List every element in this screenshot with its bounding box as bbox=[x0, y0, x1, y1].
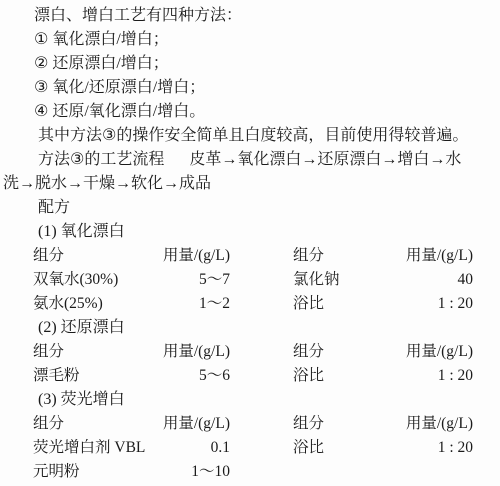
component-cell: 氨水(25%) bbox=[33, 292, 140, 316]
column-spacer bbox=[230, 436, 293, 460]
component-cell: 浴比 bbox=[293, 436, 388, 460]
amount-cell: 1 : 20 bbox=[388, 436, 473, 460]
column-spacer bbox=[230, 244, 293, 268]
component-cell: 浴比 bbox=[293, 292, 388, 316]
amount-cell: 1～2 bbox=[140, 292, 230, 316]
table-row: 漂毛粉 5～6 浴比 1 : 20 bbox=[33, 364, 500, 388]
column-spacer bbox=[230, 412, 293, 436]
method-item-4: ④ 还原/氧化漂白/增白。 bbox=[34, 100, 500, 124]
column-spacer bbox=[230, 364, 293, 388]
column-header-amount: 用量/(g/L) bbox=[140, 244, 230, 268]
note-paragraph: 其中方法③的操作安全简单且白度较高，目前使用得较普遍。 bbox=[38, 124, 500, 148]
column-spacer bbox=[230, 340, 293, 364]
column-header-amount: 用量/(g/L) bbox=[140, 412, 230, 436]
component-cell: 氯化钠 bbox=[293, 268, 388, 292]
amount-cell: 1 : 20 bbox=[388, 364, 473, 388]
amount-cell: 0.1 bbox=[140, 436, 230, 460]
column-header-amount: 用量/(g/L) bbox=[388, 340, 473, 364]
amount-cell: 1 : 20 bbox=[388, 292, 473, 316]
amount-cell: 40 bbox=[388, 268, 473, 292]
column-spacer bbox=[230, 268, 293, 292]
method-item-2: ② 还原漂白/增白； bbox=[34, 52, 500, 76]
table-row: 氨水(25%) 1～2 浴比 1 : 20 bbox=[33, 292, 500, 316]
column-header-amount: 用量/(g/L) bbox=[140, 340, 230, 364]
column-header-component: 组分 bbox=[33, 244, 140, 268]
column-header-amount: 用量/(g/L) bbox=[388, 412, 473, 436]
recipe-title: 配方 bbox=[38, 196, 500, 220]
column-header-amount: 用量/(g/L) bbox=[388, 244, 473, 268]
scanned-page: 漂白、增白工艺有四种方法： ① 氧化漂白/增白； ② 还原漂白/增白； ③ 氧化… bbox=[0, 0, 500, 484]
method-item-3: ③ 氧化/还原漂白/增白； bbox=[34, 76, 500, 100]
amount-cell: 1～10 bbox=[140, 460, 230, 484]
amount-cell: 5～7 bbox=[140, 268, 230, 292]
component-cell: 元明粉 bbox=[33, 460, 140, 484]
section-title-fluorescent-whitening: (3) 荧光增白 bbox=[38, 388, 500, 412]
table-row: 元明粉 1～10 bbox=[33, 460, 500, 484]
table-header-row: 组分 用量/(g/L) 组分 用量/(g/L) bbox=[33, 340, 500, 364]
table-row: 荧光增白剂 VBL 0.1 浴比 1 : 20 bbox=[33, 436, 500, 460]
process-flow-chain: 皮革→氧化漂白→还原漂白→增白→水 bbox=[189, 151, 461, 168]
column-spacer bbox=[230, 292, 293, 316]
column-header-component: 组分 bbox=[293, 412, 388, 436]
column-header-component: 组分 bbox=[293, 244, 388, 268]
column-header-component: 组分 bbox=[293, 340, 388, 364]
process-flow-label: 方法③的工艺流程 bbox=[38, 151, 164, 168]
component-cell: 荧光增白剂 VBL bbox=[33, 436, 140, 460]
method-item-1: ① 氧化漂白/增白； bbox=[34, 28, 500, 52]
intro-paragraph: 漂白、增白工艺有四种方法： bbox=[34, 4, 500, 28]
amount-cell bbox=[388, 460, 473, 484]
section-title-reduction-bleach: (2) 还原漂白 bbox=[38, 316, 500, 340]
table-header-row: 组分 用量/(g/L) 组分 用量/(g/L) bbox=[33, 412, 500, 436]
table-header-row: 组分 用量/(g/L) 组分 用量/(g/L) bbox=[33, 244, 500, 268]
column-header-component: 组分 bbox=[33, 412, 140, 436]
process-flow-line-2: 洗→脱水→干燥→软化→成品 bbox=[3, 172, 500, 196]
section-title-oxidation-bleach: (1) 氧化漂白 bbox=[38, 220, 500, 244]
component-cell bbox=[293, 460, 388, 484]
component-cell: 浴比 bbox=[293, 364, 388, 388]
component-cell: 双氧水(30%) bbox=[33, 268, 140, 292]
process-flow-line-1: 方法③的工艺流程皮革→氧化漂白→还原漂白→增白→水 bbox=[38, 148, 500, 172]
table-row: 双氧水(30%) 5～7 氯化钠 40 bbox=[33, 268, 500, 292]
amount-cell: 5～6 bbox=[140, 364, 230, 388]
component-cell: 漂毛粉 bbox=[33, 364, 140, 388]
column-spacer bbox=[230, 460, 293, 484]
column-header-component: 组分 bbox=[33, 340, 140, 364]
